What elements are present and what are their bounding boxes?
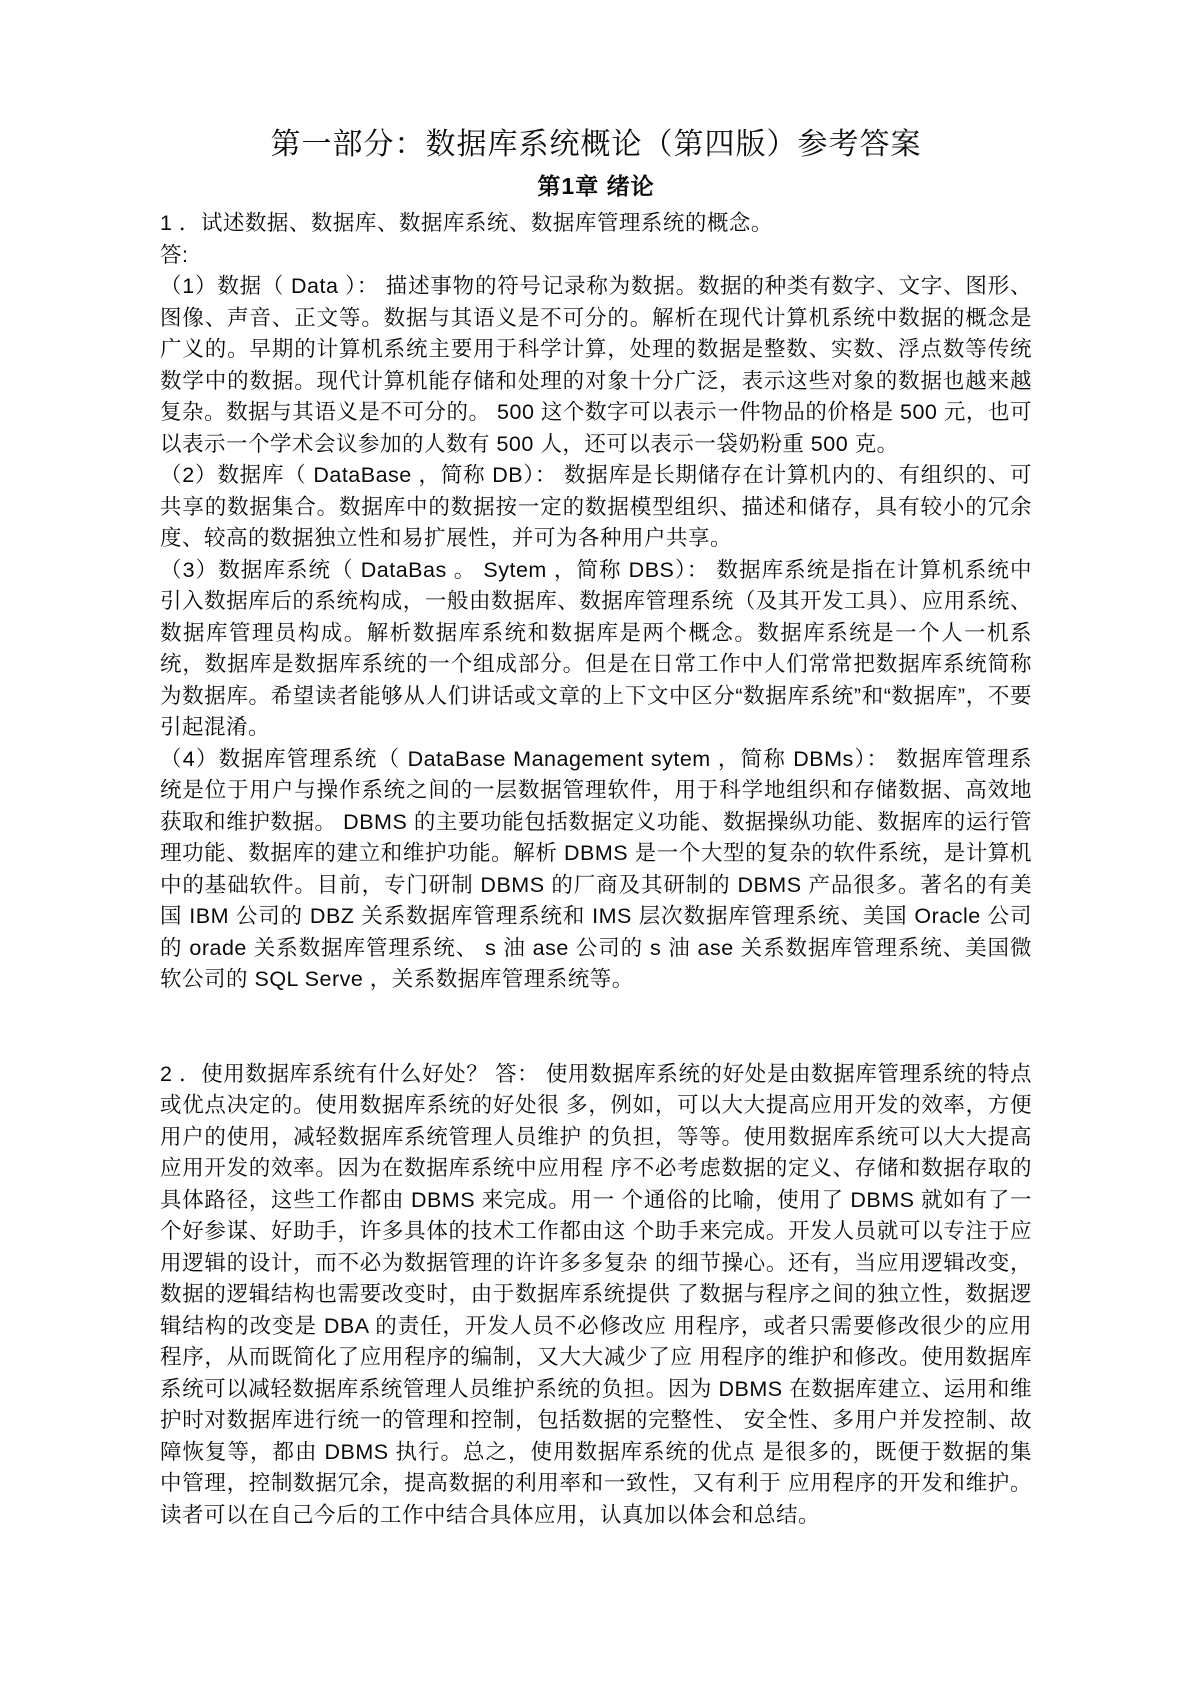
answer-body: 1 ．试述数据、数据库、数据库系统、数据库管理系统的概念。 答: （1）数据（ … xyxy=(160,208,1032,1531)
document-page: 第一部分：数据库系统概论（第四版）参考答案 第1章 绪论 1 ．试述数据、数据库… xyxy=(0,0,1189,1683)
paragraph-concept-dbms: （4）数据库管理系统（ DataBase Management sytem ，简… xyxy=(160,744,1032,996)
question-1-text: 1 ．试述数据、数据库、数据库系统、数据库管理系统的概念。 xyxy=(160,208,1032,240)
paragraph-concept-data: （1）数据（ Data ）： 描述事物的符号记录称为数据。数据的种类有数字、文字… xyxy=(160,271,1032,460)
paragraph-concept-database-system: （3）数据库系统（ DataBas 。 Sytem ，简称 DBS）： 数据库系… xyxy=(160,555,1032,744)
paragraph-concept-database: （2）数据库（ DataBase ，简称 DB）： 数据库是长期储存在计算机内的… xyxy=(160,460,1032,555)
chapter-heading: 第1章 绪论 xyxy=(160,170,1032,202)
document-content: 第一部分：数据库系统概论（第四版）参考答案 第1章 绪论 1 ．试述数据、数据库… xyxy=(160,0,1032,1531)
document-title: 第一部分：数据库系统概论（第四版）参考答案 xyxy=(160,126,1032,164)
answer-label: 答: xyxy=(160,240,1032,272)
paragraph-question-2-answer: 2 ．使用数据库系统有什么好处？ 答： 使用数据库系统的好处是由数据库管理系统的… xyxy=(160,1059,1032,1532)
paragraph-spacer xyxy=(160,996,1032,1059)
